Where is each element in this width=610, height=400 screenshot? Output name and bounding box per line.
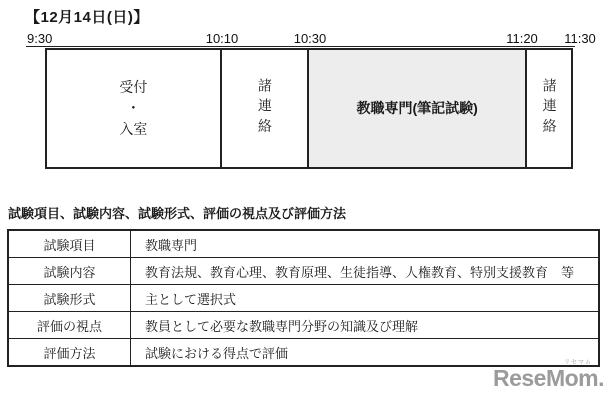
timeline-segment-reception: 受付 ・ 入室 [47, 50, 222, 167]
timeline-segment-notices-2: 諸連絡 [527, 50, 571, 167]
table-value-cell: 教員として必要な教職専門分野の知識及び理解 [131, 312, 600, 339]
time-label-2: 10:30 [294, 31, 327, 46]
timeline-track: 受付 ・ 入室 諸連絡 教職専門(筆記試験) 諸連絡 [45, 48, 573, 169]
time-label-1: 10:10 [206, 31, 239, 46]
time-label-0: 9:30 [27, 31, 52, 46]
table-value-cell: 教職専門 [131, 230, 600, 258]
table-value-cell: 教育法規、教育心理、教育原理、生徒指導、人権教育、特別支援教育 等 [131, 258, 600, 285]
table-header-cell: 試験内容 [8, 258, 131, 285]
table-value-cell: 主として選択式 [131, 285, 600, 312]
timeline-segment-written-exam: 教職専門(筆記試験) [309, 50, 527, 167]
table-row: 評価の視点 教員として必要な教職専門分野の知識及び理解 [8, 312, 599, 339]
segment-label: 諸連絡 [539, 78, 560, 139]
table-header-cell: 評価方法 [8, 339, 131, 367]
table-header-cell: 試験項目 [8, 230, 131, 258]
resemom-logo: リセマム ReseMom. [493, 360, 604, 391]
document-page: 【12月14日(日)】 9:30 10:10 10:30 11:20 11:30… [0, 0, 610, 400]
table-row: 試験内容 教育法規、教育心理、教育原理、生徒指導、人権教育、特別支援教育 等 [8, 258, 599, 285]
logo-wordmark: ReseMom. [493, 365, 604, 391]
segment-label: 諸連絡 [254, 78, 275, 139]
timeline-segment-notices-1: 諸連絡 [222, 50, 309, 167]
exam-spec-table: 試験項目 教職専門 試験内容 教育法規、教育心理、教育原理、生徒指導、人権教育、… [7, 229, 600, 367]
time-label-4: 11:30 [564, 31, 596, 46]
section-title: 試験項目、試験内容、試験形式、評価の視点及び評価方法 [8, 203, 346, 222]
table-header-cell: 試験形式 [8, 285, 131, 312]
time-label-3: 11:20 [506, 31, 538, 46]
date-title: 【12月14日(日)】 [25, 6, 149, 27]
timeline-axis-line [26, 46, 575, 47]
table-row: 試験形式 主として選択式 [8, 285, 599, 312]
table-row: 試験項目 教職専門 [8, 230, 599, 258]
table-header-cell: 評価の視点 [8, 312, 131, 339]
